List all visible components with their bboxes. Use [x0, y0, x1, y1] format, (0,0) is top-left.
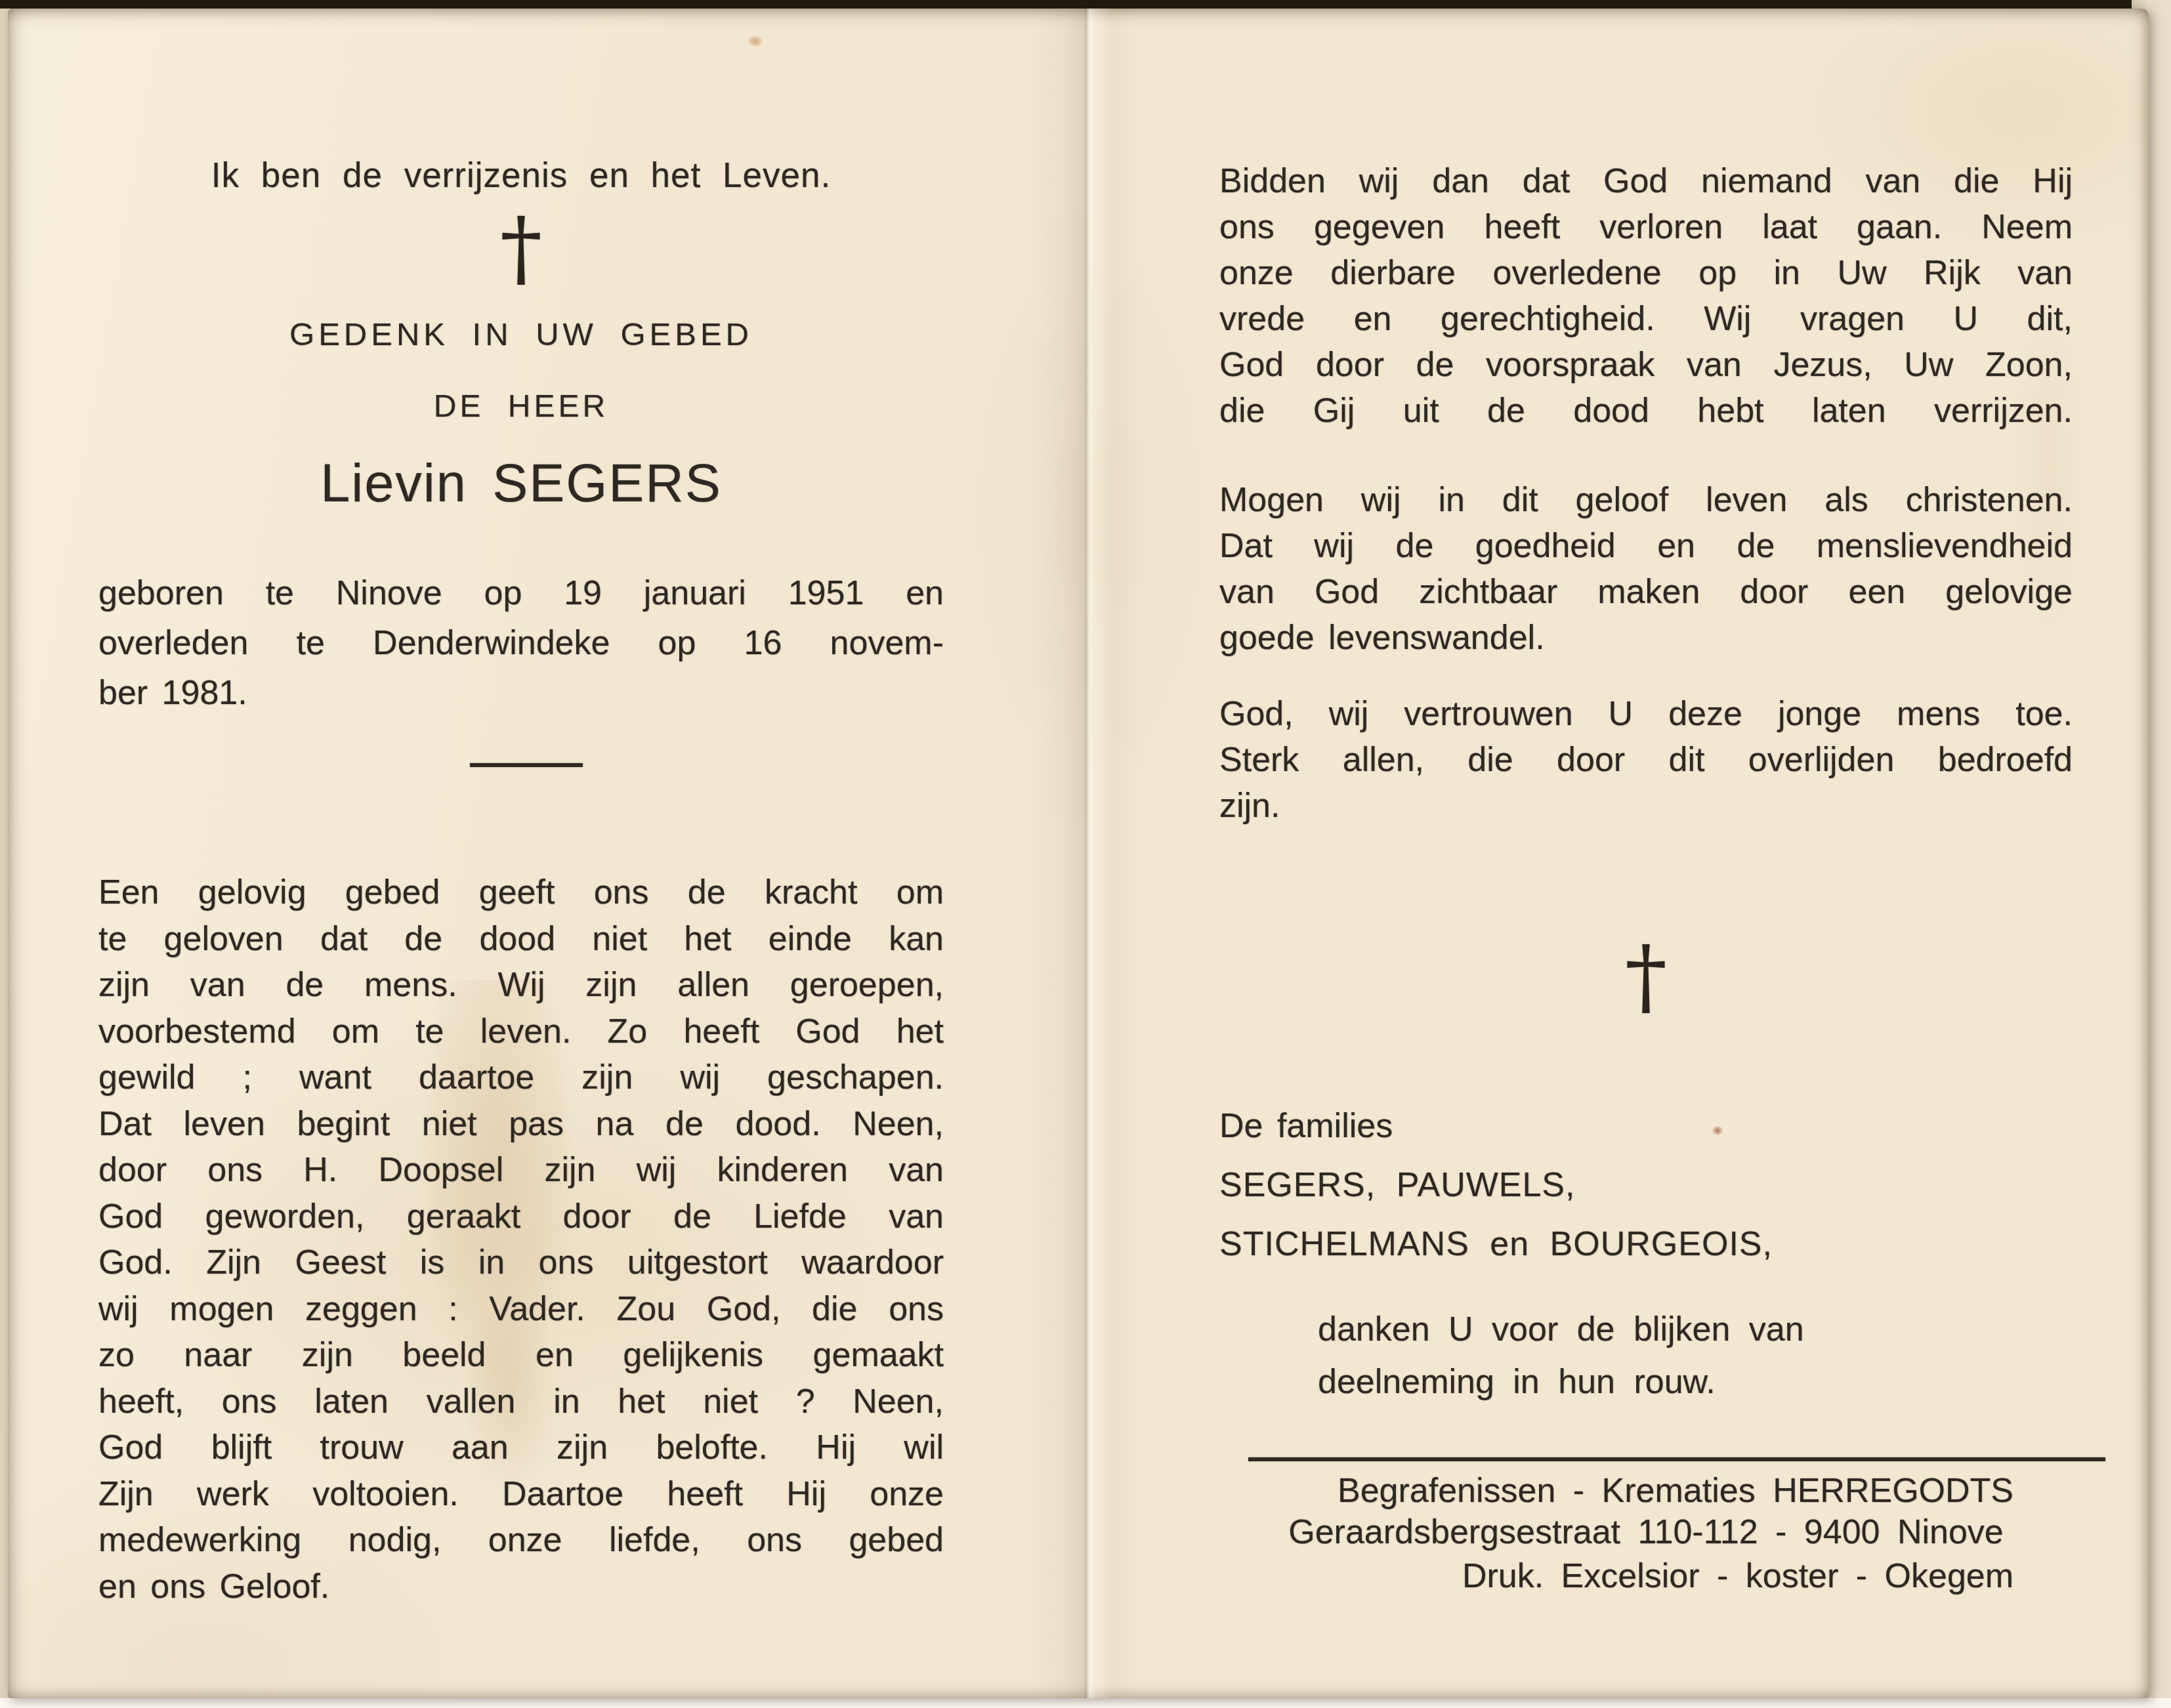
text-line: Sterk allen, die door dit overlijden bed…	[1219, 737, 2073, 783]
left-page: Ik ben de verrijzenis en het Leven. † GE…	[98, 9, 944, 1698]
text-line: door ons H. Doopsel zijn wij kinderen va…	[98, 1147, 944, 1194]
text-line: heeft, ons laten vallen in het niet ? Ne…	[98, 1379, 944, 1425]
vitals-block: geboren te Ninove op 19 januari 1951 en …	[98, 570, 944, 720]
cross-icon: †	[98, 204, 944, 293]
right-page: Bidden wij dan dat God niemand van die H…	[1219, 9, 2073, 1698]
text-line: Een gelovig gebed geeft ons de kracht om	[98, 869, 944, 916]
text-line: zo naar zijn beeld en gelijkenis gemaakt	[98, 1332, 944, 1379]
text-line: God door de voorspraak van Jezus, Uw Zoo…	[1219, 342, 2073, 388]
text-line: Dat wij de goedheid en de menslievendhei…	[1219, 523, 2073, 569]
text-line: God geworden, geraakt door de Liefde van	[98, 1194, 944, 1240]
families-names-line: STICHELMANS en BOURGEOIS,	[1219, 1221, 2073, 1267]
text-line: medewerking nodig, onze liefde, ons gebe…	[98, 1517, 944, 1564]
text-line: God, wij vertrouwen U deze jonge mens to…	[1219, 691, 2073, 737]
text-line: en ons Geloof.	[98, 1564, 944, 1610]
text-line: Zijn werk voltooien. Daartoe heeft Hij o…	[98, 1471, 944, 1518]
right-prayer-paragraph-1: Bidden wij dan dat God niemand van die H…	[1219, 158, 2073, 434]
text-line: overleden te Denderwindeke op 16 novem-	[98, 620, 944, 670]
text-line: van God zichtbaar maken door een gelovig…	[1219, 569, 2073, 615]
text-line: zijn.	[1219, 783, 2073, 829]
text-line: God. Zijn Geest is in ons uitgestort waa…	[98, 1239, 944, 1286]
thanks-line: deelneming in hun rouw.	[1318, 1359, 1974, 1405]
memorial-card: Ik ben de verrijzenis en het Leven. † GE…	[8, 9, 2149, 1698]
scanner-edge-bottom	[0, 1698, 2171, 1708]
invocation-line-1: GEDENK IN UW GEBED	[98, 312, 944, 358]
scanner-edge-top	[0, 0, 2171, 9]
text-line: gewild ; want daartoe zijn wij geschapen…	[98, 1054, 944, 1101]
text-line: ons gegeven heeft verloren laat gaan. Ne…	[1219, 204, 2073, 250]
thanks-line: danken U voor de blijken van	[1318, 1306, 1974, 1352]
right-prayer-paragraph-3: God, wij vertrouwen U deze jonge mens to…	[1219, 691, 2073, 829]
text-line: zijn van de mens. Wij zijn allen geroepe…	[98, 962, 944, 1009]
text-line: ber 1981.	[98, 670, 944, 720]
invocation-line-2: DE HEER	[98, 384, 944, 430]
families-names-line: SEGERS, PAUWELS,	[1219, 1162, 2073, 1208]
text-line: Bidden wij dan dat God niemand van die H…	[1219, 158, 2073, 204]
fold-crease	[1030, 9, 1141, 1698]
opening-scripture-line: Ik ben de verrijzenis en het Leven.	[98, 153, 944, 199]
text-line: vrede en gerechtigheid. Wij vragen U dit…	[1219, 296, 2073, 342]
text-line: onze dierbare overledene op in Uw Rijk v…	[1219, 250, 2073, 296]
families-intro: De families	[1219, 1103, 2073, 1149]
text-line: die Gij uit de dood hebt laten verrijzen…	[1219, 388, 2073, 434]
text-line: wij mogen zeggen : Vader. Zou God, die o…	[98, 1286, 944, 1333]
printer-line: Druk. Excelsior - koster - Okegem	[1311, 1556, 2164, 1596]
undertaker-line: Begrafenissen - Krematies HERREGODTS	[1249, 1470, 2102, 1511]
footer-rule	[1248, 1457, 2105, 1461]
left-prayer-paragraph: Een gelovig gebed geeft ons de kracht om…	[98, 869, 944, 1610]
text-line: goede levenswandel.	[1219, 615, 2073, 661]
text-line: Dat leven begint niet pas na de dood. Ne…	[98, 1101, 944, 1148]
deceased-name: Lievin SEGERS	[98, 452, 944, 515]
undertaker-address-line: Geraardsbergsestraat 110-112 - 9400 Nino…	[1219, 1512, 2073, 1552]
text-line: te geloven dat de dood niet het einde ka…	[98, 916, 944, 963]
text-line: God blijft trouw aan zijn belofte. Hij w…	[98, 1425, 944, 1471]
text-line: voorbestemd om te leven. Zo heeft God he…	[98, 1009, 944, 1055]
text-line: Mogen wij in dit geloof leven als christ…	[1219, 477, 2073, 523]
cross-icon: †	[1219, 932, 2073, 1021]
scanned-memorial-card: { "card": { "colors": { "paper": "#f2e8d…	[0, 0, 2171, 1708]
text-line: geboren te Ninove op 19 januari 1951 en	[98, 570, 944, 620]
divider-rule	[470, 763, 583, 767]
right-prayer-paragraph-2: Mogen wij in dit geloof leven als christ…	[1219, 477, 2073, 661]
